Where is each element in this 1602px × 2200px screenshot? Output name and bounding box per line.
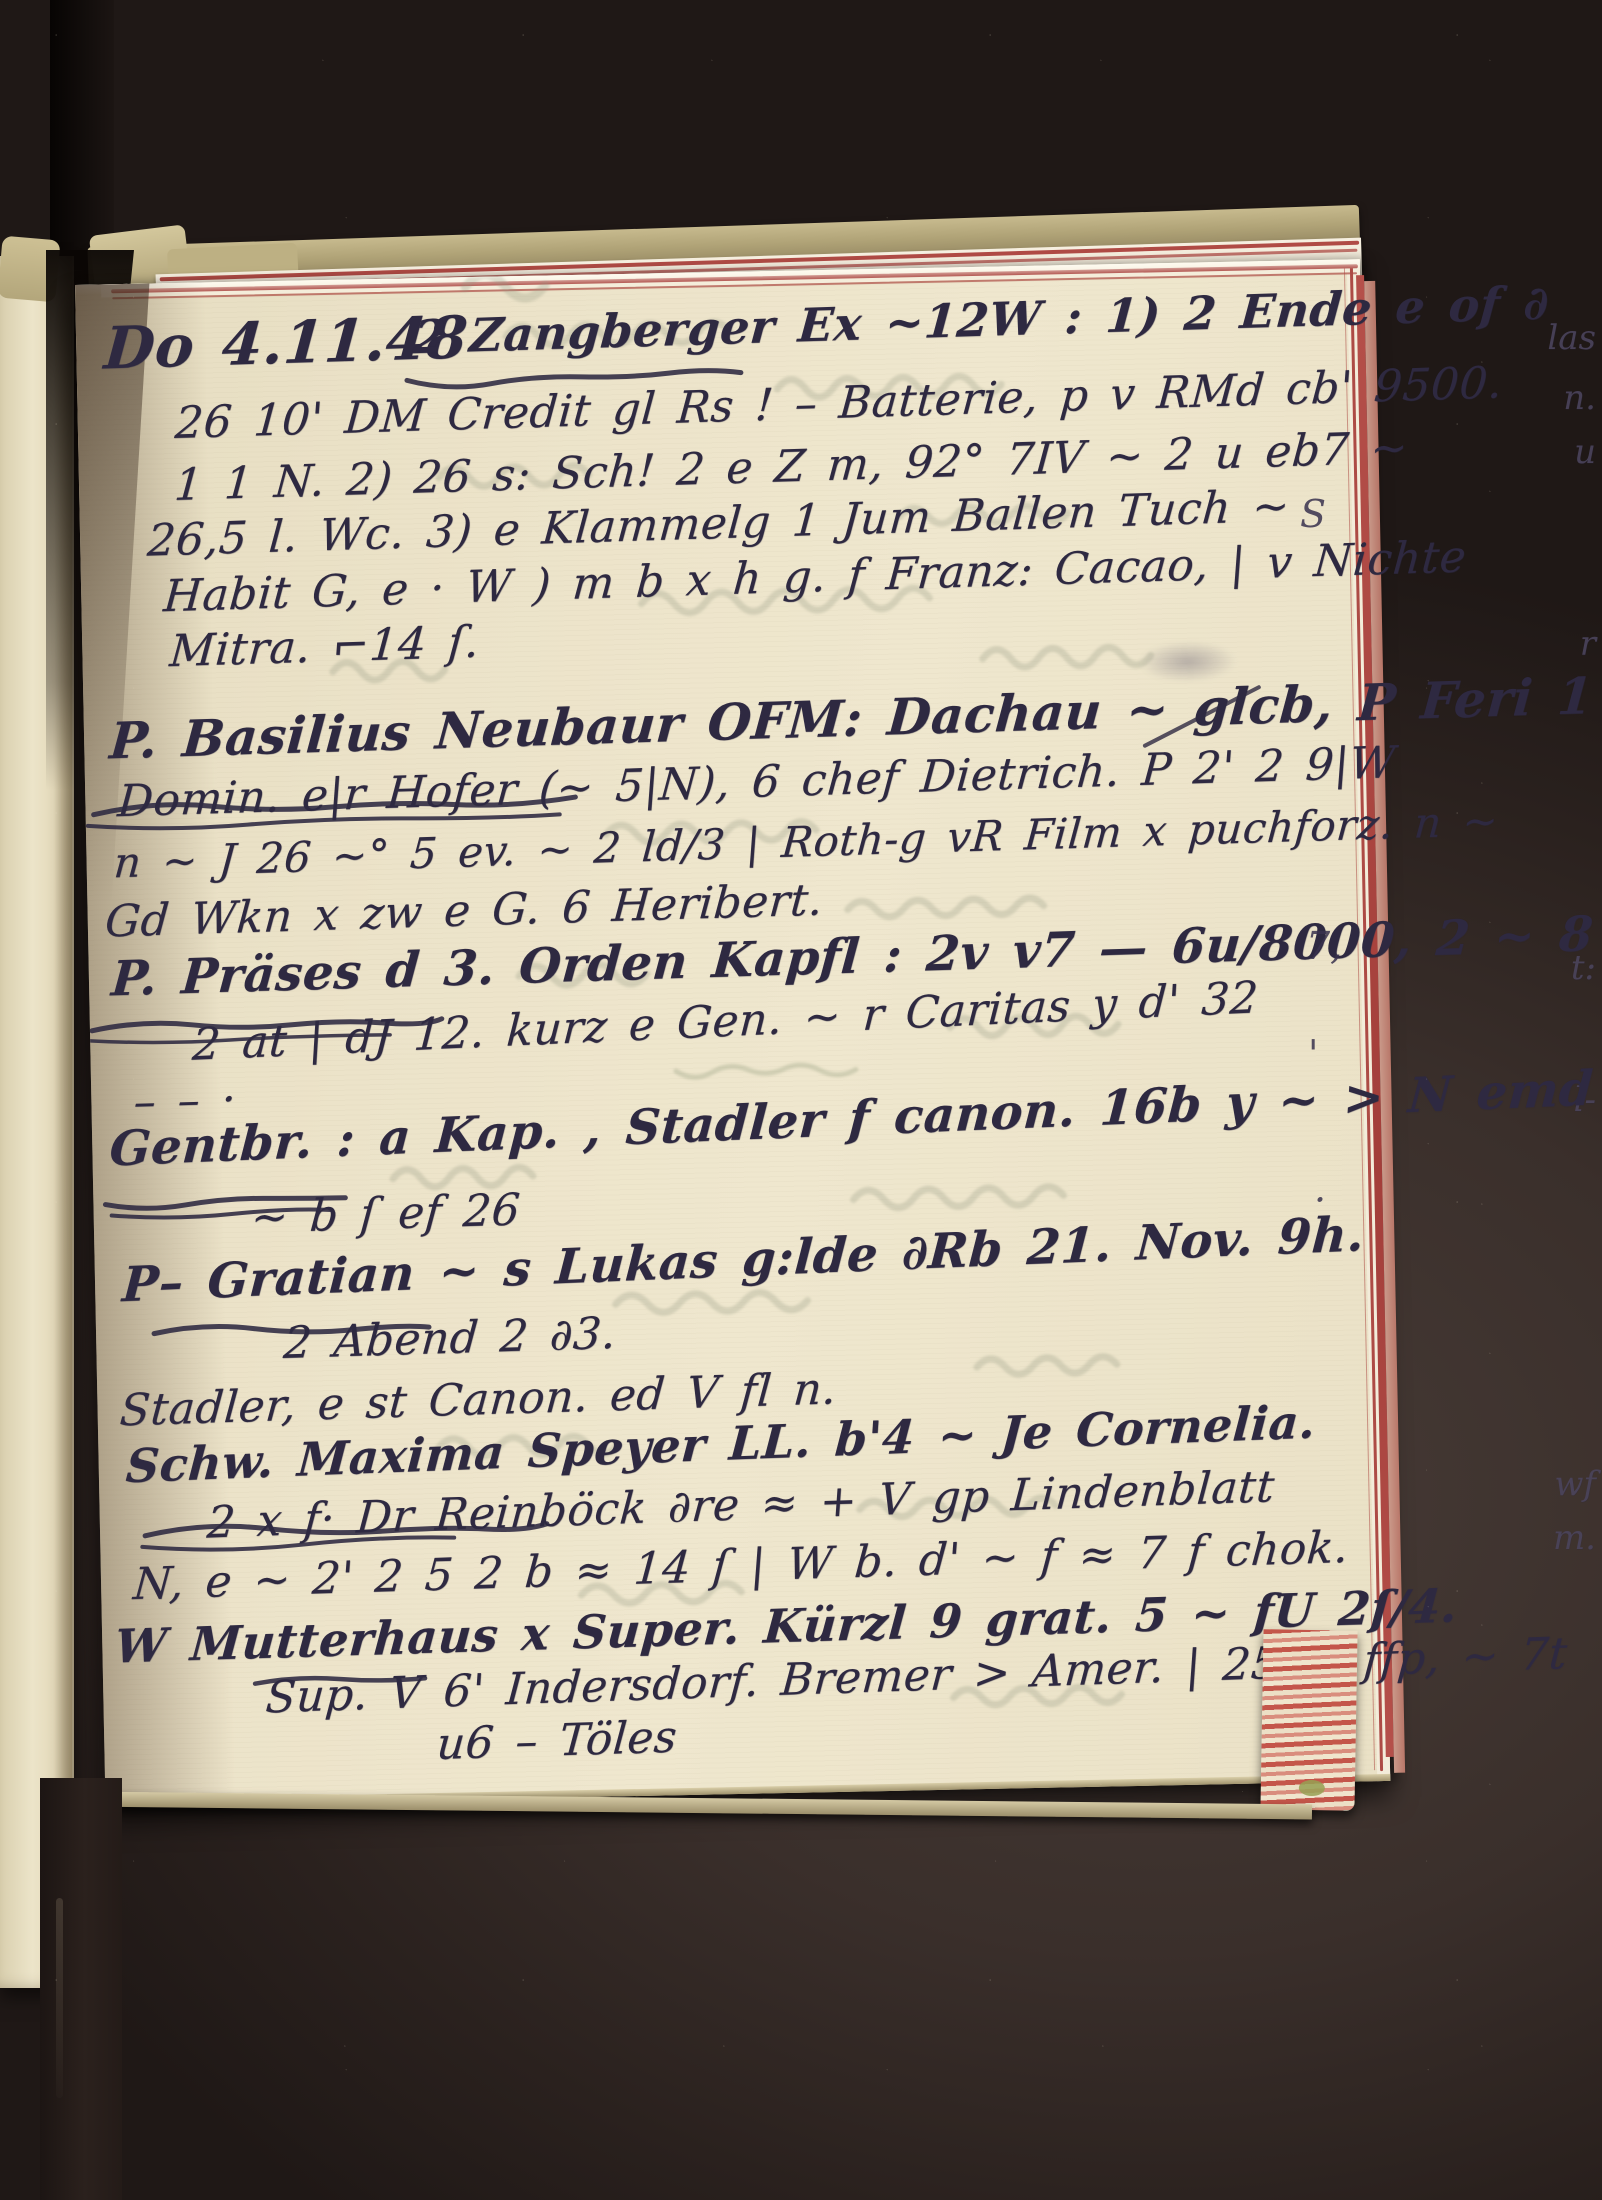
edge-fragment: m. <box>1553 1518 1596 1558</box>
edge-fragment: ' <box>1308 1032 1318 1076</box>
handwriting-line: Mitra. ⌐14 ſ. <box>168 617 481 678</box>
photo-of-open-diary: las n. u r t: l- wf m. <box>0 0 1602 2200</box>
spine-ridge-highlight <box>56 1898 63 2098</box>
edge-fragment: S <box>1300 492 1326 536</box>
edge-fragment: r <box>1580 624 1596 664</box>
entry-title: 2 Zangberger Ex ~12W : 1) 2 Ende e of ∂ <box>412 275 1551 364</box>
edge-fragment: 7, <box>1306 924 1342 968</box>
red-stained-page-stack <box>1260 1629 1357 1811</box>
paper-speck <box>1299 1780 1325 1796</box>
book-spine-lower <box>40 1778 122 2200</box>
handwriting-line: ~ b ſ ef 26 <box>249 1184 522 1243</box>
spine-shadow-top <box>50 0 114 270</box>
diary-page: Do 4.11.48 2 Zangberger Ex ~12W : 1) 2 E… <box>75 259 1390 1806</box>
edge-fragment: · <box>1314 1178 1326 1222</box>
edge-fragment: wf <box>1554 1464 1596 1504</box>
edge-fragment: u <box>1574 432 1596 472</box>
edge-fragment: n. <box>1563 378 1596 418</box>
handwriting-line: u6 – Töles <box>435 1712 679 1770</box>
edge-fragment: las <box>1547 318 1596 358</box>
page-stack-bottom-edge <box>82 1792 1312 1820</box>
handwriting-line: 2 Abend 2 ∂3. <box>282 1308 618 1369</box>
